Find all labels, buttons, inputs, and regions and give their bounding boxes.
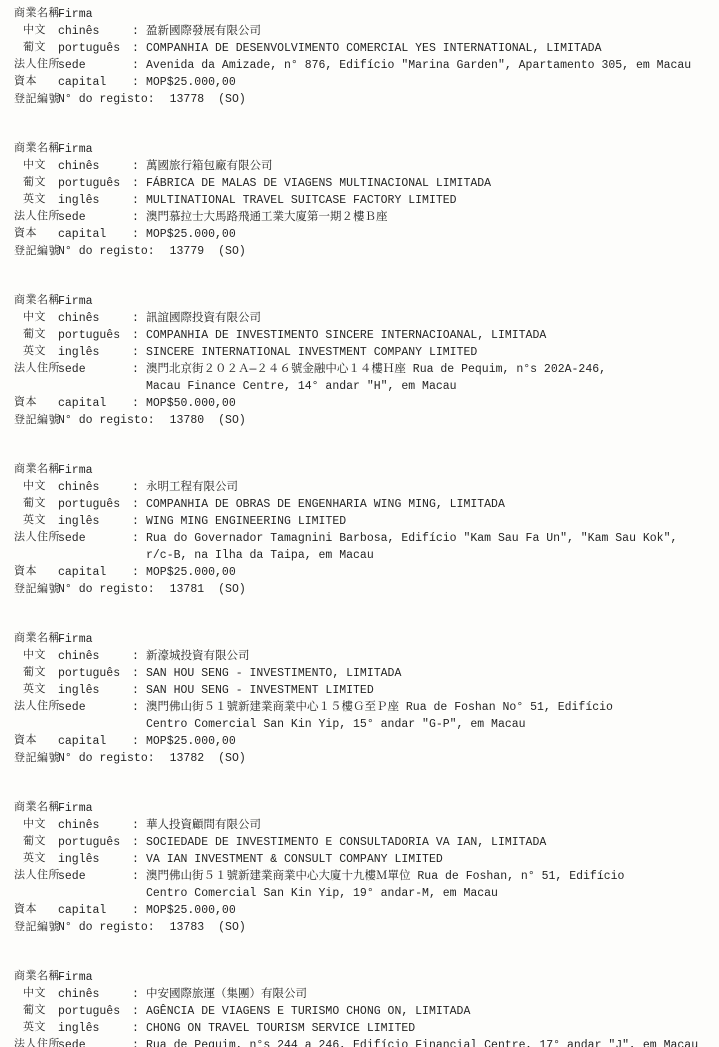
- portuguese-label-zh: 葡文: [14, 40, 58, 57]
- sede-value-line: 澳門佛山街５１號新建業商業中心１５樓Ｇ至Ｐ座 Rua de Foshan No°…: [146, 699, 715, 716]
- sede-label-zh: 法人住所: [14, 699, 58, 716]
- portuguese-name-row: 葡文 português : COMPANHIA DE OBRAS DE ENG…: [14, 496, 715, 513]
- registo-row: 登記編號 N° do registo: 13782 (SO): [14, 750, 715, 768]
- capital-label-pt: capital: [58, 733, 132, 750]
- portuguese-name-value: SAN HOU SENG - INVESTIMENTO, LIMITADA: [146, 665, 715, 682]
- sede-value: 澳門北京街２０２Ａ—２４６號金融中心１４樓Ｈ座 Rua de Pequim, n…: [146, 361, 715, 395]
- capital-label-pt: capital: [58, 226, 132, 243]
- separator-colon: :: [132, 496, 146, 513]
- firma-row: 商業名稱 Firma: [14, 631, 715, 648]
- chinese-name-row: 中文 chinês : 盈新國際發展有限公司: [14, 23, 715, 40]
- capital-row: 資本 capital : MOP$25.000,00: [14, 226, 715, 243]
- chinese-name-row: 中文 chinês : 永明工程有限公司: [14, 479, 715, 496]
- chinese-name-row: 中文 chinês : 萬國旅行箱包廠有限公司: [14, 158, 715, 175]
- separator-colon: :: [132, 665, 146, 682]
- sede-value-line: Avenida da Amizade, n° 876, Edifício "Ma…: [146, 57, 715, 74]
- portuguese-label-zh: 葡文: [14, 1003, 58, 1020]
- capital-value: MOP$25.000,00: [146, 733, 715, 750]
- firma-label-zh: 商業名稱: [14, 462, 58, 479]
- english-name-row: 英文 inglês : VA IAN INVESTMENT & CONSULT …: [14, 851, 715, 868]
- capital-label-pt: capital: [58, 74, 132, 91]
- separator-colon: :: [132, 192, 146, 209]
- capital-value: MOP$50.000,00: [146, 395, 715, 412]
- chinese-label-zh: 中文: [14, 310, 58, 327]
- registo-suffix: (SO): [218, 581, 246, 598]
- portuguese-label-zh: 葡文: [14, 175, 58, 192]
- registo-row: 登記編號 N° do registo: 13779 (SO): [14, 243, 715, 261]
- english-label-zh: 英文: [14, 513, 58, 530]
- firma-row: 商業名稱 Firma: [14, 6, 715, 23]
- separator-colon: :: [132, 834, 146, 851]
- english-label-pt: inglês: [58, 1020, 132, 1037]
- portuguese-label-zh: 葡文: [14, 496, 58, 513]
- sede-label-zh: 法人住所: [14, 868, 58, 885]
- capital-value: MOP$25.000,00: [146, 226, 715, 243]
- chinese-label-zh: 中文: [14, 23, 58, 40]
- chinese-label-pt: chinês: [58, 986, 132, 1003]
- registo-label-zh: 登記編號: [14, 413, 58, 430]
- separator-colon: :: [132, 361, 146, 378]
- capital-label-zh: 資本: [14, 902, 58, 919]
- separator-colon: :: [132, 530, 146, 547]
- registo-suffix: (SO): [218, 243, 246, 260]
- capital-value: MOP$25.000,00: [146, 902, 715, 919]
- sede-value: 澳門慕拉士大馬路飛通工業大廈第一期２樓Ｂ座: [146, 209, 715, 226]
- sede-row: 法人住所 sede : 澳門佛山街５１號新建業商業中心大廈十九樓Ｍ單位 Rua …: [14, 868, 715, 902]
- registo-suffix: (SO): [218, 750, 246, 767]
- firma-row: 商業名稱 Firma: [14, 462, 715, 479]
- registo-number: 13782: [170, 750, 205, 767]
- portuguese-label-pt: português: [58, 175, 132, 192]
- registo-label-pt: N° do registo:: [58, 412, 155, 429]
- chinese-label-pt: chinês: [58, 479, 132, 496]
- separator-colon: :: [132, 158, 146, 175]
- firma-label-pt: Firma: [58, 141, 132, 158]
- portuguese-label-zh: 葡文: [14, 327, 58, 344]
- capital-value: MOP$25.000,00: [146, 74, 715, 91]
- sede-label-pt: sede: [58, 530, 132, 547]
- registo-row: 登記編號 N° do registo: 13778 (SO): [14, 91, 715, 109]
- registo-label-pt: N° do registo:: [58, 581, 155, 598]
- firma-label-pt: Firma: [58, 631, 132, 648]
- registo-label-pt: N° do registo:: [58, 91, 155, 108]
- sede-row: 法人住所 sede : Avenida da Amizade, n° 876, …: [14, 57, 715, 74]
- sede-value: Avenida da Amizade, n° 876, Edifício "Ma…: [146, 57, 715, 74]
- chinese-name-value: 永明工程有限公司: [146, 479, 715, 496]
- portuguese-name-value: COMPANHIA DE OBRAS DE ENGENHARIA WING MI…: [146, 496, 715, 513]
- sede-value: 澳門佛山街５１號新建業商業中心大廈十九樓Ｍ單位 Rua de Foshan, n…: [146, 868, 715, 902]
- english-name-value: SAN HOU SENG - INVESTMENT LIMITED: [146, 682, 715, 699]
- separator-colon: :: [132, 513, 146, 530]
- sede-label-zh: 法人住所: [14, 1037, 58, 1047]
- registo-number: 13780: [170, 412, 205, 429]
- sede-label-pt: sede: [58, 57, 132, 74]
- chinese-label-zh: 中文: [14, 158, 58, 175]
- portuguese-name-value: COMPANHIA DE INVESTIMENTO SINCERE INTERN…: [146, 327, 715, 344]
- separator-colon: :: [132, 699, 146, 716]
- capital-row: 資本 capital : MOP$25.000,00: [14, 564, 715, 581]
- capital-label-pt: capital: [58, 902, 132, 919]
- capital-label-zh: 資本: [14, 733, 58, 750]
- firma-label-pt: Firma: [58, 462, 132, 479]
- capital-label-pt: capital: [58, 395, 132, 412]
- registry-entry: 商業名稱 Firma 中文 chinês : 華人投資顧問有限公司 葡文 por…: [14, 800, 715, 937]
- sede-value-line: 澳門慕拉士大馬路飛通工業大廈第一期２樓Ｂ座: [146, 209, 715, 226]
- english-label-zh: 英文: [14, 1020, 58, 1037]
- registry-entry: 商業名稱 Firma 中文 chinês : 中安國際旅運（集團）有限公司 葡文…: [14, 969, 715, 1047]
- sede-label-pt: sede: [58, 209, 132, 226]
- registo-label-zh: 登記編號: [14, 244, 58, 261]
- chinese-name-value: 新濠城投資有限公司: [146, 648, 715, 665]
- portuguese-label-zh: 葡文: [14, 665, 58, 682]
- capital-label-zh: 資本: [14, 226, 58, 243]
- registo-row: 登記編號 N° do registo: 13783 (SO): [14, 919, 715, 937]
- separator-colon: :: [132, 1003, 146, 1020]
- chinese-name-row: 中文 chinês : 訊誼國際投資有限公司: [14, 310, 715, 327]
- english-label-zh: 英文: [14, 344, 58, 361]
- chinese-name-row: 中文 chinês : 新濠城投資有限公司: [14, 648, 715, 665]
- registo-label-zh: 登記編號: [14, 92, 58, 109]
- firma-row: 商業名稱 Firma: [14, 969, 715, 986]
- capital-label-zh: 資本: [14, 564, 58, 581]
- sede-label-pt: sede: [58, 361, 132, 378]
- portuguese-label-pt: português: [58, 1003, 132, 1020]
- firma-label-zh: 商業名稱: [14, 6, 58, 23]
- capital-row: 資本 capital : MOP$25.000,00: [14, 902, 715, 919]
- separator-colon: :: [132, 175, 146, 192]
- english-label-pt: inglês: [58, 851, 132, 868]
- portuguese-name-row: 葡文 português : AGÊNCIA DE VIAGENS E TURI…: [14, 1003, 715, 1020]
- separator-colon: :: [132, 564, 146, 581]
- portuguese-label-pt: português: [58, 834, 132, 851]
- portuguese-name-value: AGÊNCIA DE VIAGENS E TURISMO CHONG ON, L…: [146, 1003, 715, 1020]
- english-label-zh: 英文: [14, 851, 58, 868]
- chinese-label-pt: chinês: [58, 310, 132, 327]
- sede-row: 法人住所 sede : 澳門佛山街５１號新建業商業中心１５樓Ｇ至Ｐ座 Rua d…: [14, 699, 715, 733]
- chinese-label-zh: 中文: [14, 479, 58, 496]
- registo-number: 13783: [170, 919, 205, 936]
- firma-label-zh: 商業名稱: [14, 800, 58, 817]
- english-name-value: VA IAN INVESTMENT & CONSULT COMPANY LIMI…: [146, 851, 715, 868]
- registo-suffix: (SO): [218, 91, 246, 108]
- english-name-value: MULTINATIONAL TRAVEL SUITCASE FACTORY LI…: [146, 192, 715, 209]
- english-name-row: 英文 inglês : MULTINATIONAL TRAVEL SUITCAS…: [14, 192, 715, 209]
- english-name-row: 英文 inglês : SINCERE INTERNATIONAL INVEST…: [14, 344, 715, 361]
- chinese-label-zh: 中文: [14, 817, 58, 834]
- sede-row: 法人住所 sede : Rua de Pequim, n°s 244 a 246…: [14, 1037, 715, 1047]
- firma-row: 商業名稱 Firma: [14, 800, 715, 817]
- registo-label-zh: 登記編號: [14, 920, 58, 937]
- capital-label-zh: 資本: [14, 74, 58, 91]
- separator-colon: :: [132, 817, 146, 834]
- firma-label-zh: 商業名稱: [14, 141, 58, 158]
- firma-label-zh: 商業名稱: [14, 293, 58, 310]
- registry-entry: 商業名稱 Firma 中文 chinês : 新濠城投資有限公司 葡文 port…: [14, 631, 715, 768]
- chinese-label-pt: chinês: [58, 817, 132, 834]
- separator-colon: :: [132, 648, 146, 665]
- sede-value-line: Macau Finance Centre, 14° andar "H", em …: [146, 378, 715, 395]
- firma-row: 商業名稱 Firma: [14, 141, 715, 158]
- chinese-name-row: 中文 chinês : 中安國際旅運（集團）有限公司: [14, 986, 715, 1003]
- portuguese-label-zh: 葡文: [14, 834, 58, 851]
- chinese-label-pt: chinês: [58, 648, 132, 665]
- registry-entry: 商業名稱 Firma 中文 chinês : 萬國旅行箱包廠有限公司 葡文 po…: [14, 141, 715, 261]
- registo-label-zh: 登記編號: [14, 751, 58, 768]
- registo-label-zh: 登記編號: [14, 582, 58, 599]
- english-label-pt: inglês: [58, 513, 132, 530]
- separator-colon: :: [132, 1020, 146, 1037]
- chinese-name-value: 華人投資顧問有限公司: [146, 817, 715, 834]
- registry-entry: 商業名稱 Firma 中文 chinês : 永明工程有限公司 葡文 portu…: [14, 462, 715, 599]
- registo-label-pt: N° do registo:: [58, 919, 155, 936]
- chinese-name-value: 訊誼國際投資有限公司: [146, 310, 715, 327]
- portuguese-label-pt: português: [58, 327, 132, 344]
- firma-label-zh: 商業名稱: [14, 969, 58, 986]
- separator-colon: :: [132, 868, 146, 885]
- separator-colon: :: [132, 23, 146, 40]
- sede-label-zh: 法人住所: [14, 209, 58, 226]
- sede-label-zh: 法人住所: [14, 57, 58, 74]
- registo-suffix: (SO): [218, 412, 246, 429]
- registo-number: 13779: [170, 243, 205, 260]
- sede-value: Rua do Governador Tamagnini Barbosa, Edi…: [146, 530, 715, 564]
- separator-colon: :: [132, 226, 146, 243]
- chinese-name-row: 中文 chinês : 華人投資顧問有限公司: [14, 817, 715, 834]
- registry-entry: 商業名稱 Firma 中文 chinês : 訊誼國際投資有限公司 葡文 por…: [14, 293, 715, 430]
- portuguese-label-pt: português: [58, 40, 132, 57]
- chinese-name-value: 盈新國際發展有限公司: [146, 23, 715, 40]
- firma-row: 商業名稱 Firma: [14, 293, 715, 310]
- firma-label-pt: Firma: [58, 800, 132, 817]
- portuguese-name-value: FÁBRICA DE MALAS DE VIAGENS MULTINACIONA…: [146, 175, 715, 192]
- portuguese-name-row: 葡文 português : COMPANHIA DE INVESTIMENTO…: [14, 327, 715, 344]
- sede-value-line: Centro Comercial San Kin Yip, 19° andar-…: [146, 885, 715, 902]
- sede-label-pt: sede: [58, 868, 132, 885]
- english-name-row: 英文 inglês : WING MING ENGINEERING LIMITE…: [14, 513, 715, 530]
- portuguese-name-row: 葡文 português : COMPANHIA DE DESENVOLVIME…: [14, 40, 715, 57]
- separator-colon: :: [132, 344, 146, 361]
- capital-row: 資本 capital : MOP$25.000,00: [14, 733, 715, 750]
- capital-label-pt: capital: [58, 564, 132, 581]
- registo-suffix: (SO): [218, 919, 246, 936]
- separator-colon: :: [132, 986, 146, 1003]
- sede-label-zh: 法人住所: [14, 530, 58, 547]
- separator-colon: :: [132, 733, 146, 750]
- sede-row: 法人住所 sede : Rua do Governador Tamagnini …: [14, 530, 715, 564]
- sede-label-pt: sede: [58, 1037, 132, 1047]
- separator-colon: :: [132, 310, 146, 327]
- chinese-label-zh: 中文: [14, 986, 58, 1003]
- chinese-label-pt: chinês: [58, 158, 132, 175]
- sede-value-line: Rua do Governador Tamagnini Barbosa, Edi…: [146, 530, 715, 547]
- separator-colon: :: [132, 327, 146, 344]
- sede-label-zh: 法人住所: [14, 361, 58, 378]
- sede-value-line: 澳門佛山街５１號新建業商業中心大廈十九樓Ｍ單位 Rua de Foshan, n…: [146, 868, 715, 885]
- firma-label-zh: 商業名稱: [14, 631, 58, 648]
- chinese-label-pt: chinês: [58, 23, 132, 40]
- registo-number: 13778: [170, 91, 205, 108]
- english-name-row: 英文 inglês : SAN HOU SENG - INVESTMENT LI…: [14, 682, 715, 699]
- sede-value-line: 澳門北京街２０２Ａ—２４６號金融中心１４樓Ｈ座 Rua de Pequim, n…: [146, 361, 715, 378]
- sede-label-pt: sede: [58, 699, 132, 716]
- portuguese-label-pt: português: [58, 496, 132, 513]
- separator-colon: :: [132, 74, 146, 91]
- english-label-zh: 英文: [14, 192, 58, 209]
- english-name-value: WING MING ENGINEERING LIMITED: [146, 513, 715, 530]
- separator-colon: :: [132, 682, 146, 699]
- sede-value-line: Centro Comercial San Kin Yip, 15° andar …: [146, 716, 715, 733]
- gazette-page: 商業名稱 Firma 中文 chinês : 盈新國際發展有限公司 葡文 por…: [0, 0, 719, 1047]
- separator-colon: :: [132, 40, 146, 57]
- sede-row: 法人住所 sede : 澳門北京街２０２Ａ—２４６號金融中心１４樓Ｈ座 Rua …: [14, 361, 715, 395]
- english-name-value: SINCERE INTERNATIONAL INVESTMENT COMPANY…: [146, 344, 715, 361]
- sede-row: 法人住所 sede : 澳門慕拉士大馬路飛通工業大廈第一期２樓Ｂ座: [14, 209, 715, 226]
- separator-colon: :: [132, 1037, 146, 1047]
- firma-label-pt: Firma: [58, 293, 132, 310]
- english-label-zh: 英文: [14, 682, 58, 699]
- capital-label-zh: 資本: [14, 395, 58, 412]
- english-label-pt: inglês: [58, 682, 132, 699]
- registry-entry: 商業名稱 Firma 中文 chinês : 盈新國際發展有限公司 葡文 por…: [14, 6, 715, 109]
- separator-colon: :: [132, 902, 146, 919]
- chinese-label-zh: 中文: [14, 648, 58, 665]
- english-label-pt: inglês: [58, 344, 132, 361]
- chinese-name-value: 中安國際旅運（集團）有限公司: [146, 986, 715, 1003]
- separator-colon: :: [132, 851, 146, 868]
- firma-label-pt: Firma: [58, 969, 132, 986]
- english-label-pt: inglês: [58, 192, 132, 209]
- capital-value: MOP$25.000,00: [146, 564, 715, 581]
- chinese-name-value: 萬國旅行箱包廠有限公司: [146, 158, 715, 175]
- sede-value-line: r/c-B, na Ilha da Taipa, em Macau: [146, 547, 715, 564]
- registo-row: 登記編號 N° do registo: 13781 (SO): [14, 581, 715, 599]
- english-name-row: 英文 inglês : CHONG ON TRAVEL TOURISM SERV…: [14, 1020, 715, 1037]
- firma-label-pt: Firma: [58, 6, 132, 23]
- english-name-value: CHONG ON TRAVEL TOURISM SERVICE LIMITED: [146, 1020, 715, 1037]
- portuguese-name-row: 葡文 português : FÁBRICA DE MALAS DE VIAGE…: [14, 175, 715, 192]
- capital-row: 資本 capital : MOP$25.000,00: [14, 74, 715, 91]
- portuguese-name-value: SOCIEDADE DE INVESTIMENTO E CONSULTADORI…: [146, 834, 715, 851]
- separator-colon: :: [132, 395, 146, 412]
- portuguese-name-row: 葡文 português : SOCIEDADE DE INVESTIMENTO…: [14, 834, 715, 851]
- registo-label-pt: N° do registo:: [58, 243, 155, 260]
- registo-row: 登記編號 N° do registo: 13780 (SO): [14, 412, 715, 430]
- portuguese-label-pt: português: [58, 665, 132, 682]
- registo-number: 13781: [170, 581, 205, 598]
- portuguese-name-row: 葡文 português : SAN HOU SENG - INVESTIMEN…: [14, 665, 715, 682]
- capital-row: 資本 capital : MOP$50.000,00: [14, 395, 715, 412]
- separator-colon: :: [132, 209, 146, 226]
- sede-value: Rua de Pequim, n°s 244 a 246, Edifício F…: [146, 1037, 715, 1047]
- separator-colon: :: [132, 57, 146, 74]
- sede-value: 澳門佛山街５１號新建業商業中心１５樓Ｇ至Ｐ座 Rua de Foshan No°…: [146, 699, 715, 733]
- sede-value-line: Rua de Pequim, n°s 244 a 246, Edifício F…: [146, 1037, 715, 1047]
- registo-label-pt: N° do registo:: [58, 750, 155, 767]
- portuguese-name-value: COMPANHIA DE DESENVOLVIMENTO COMERCIAL Y…: [146, 40, 715, 57]
- separator-colon: :: [132, 479, 146, 496]
